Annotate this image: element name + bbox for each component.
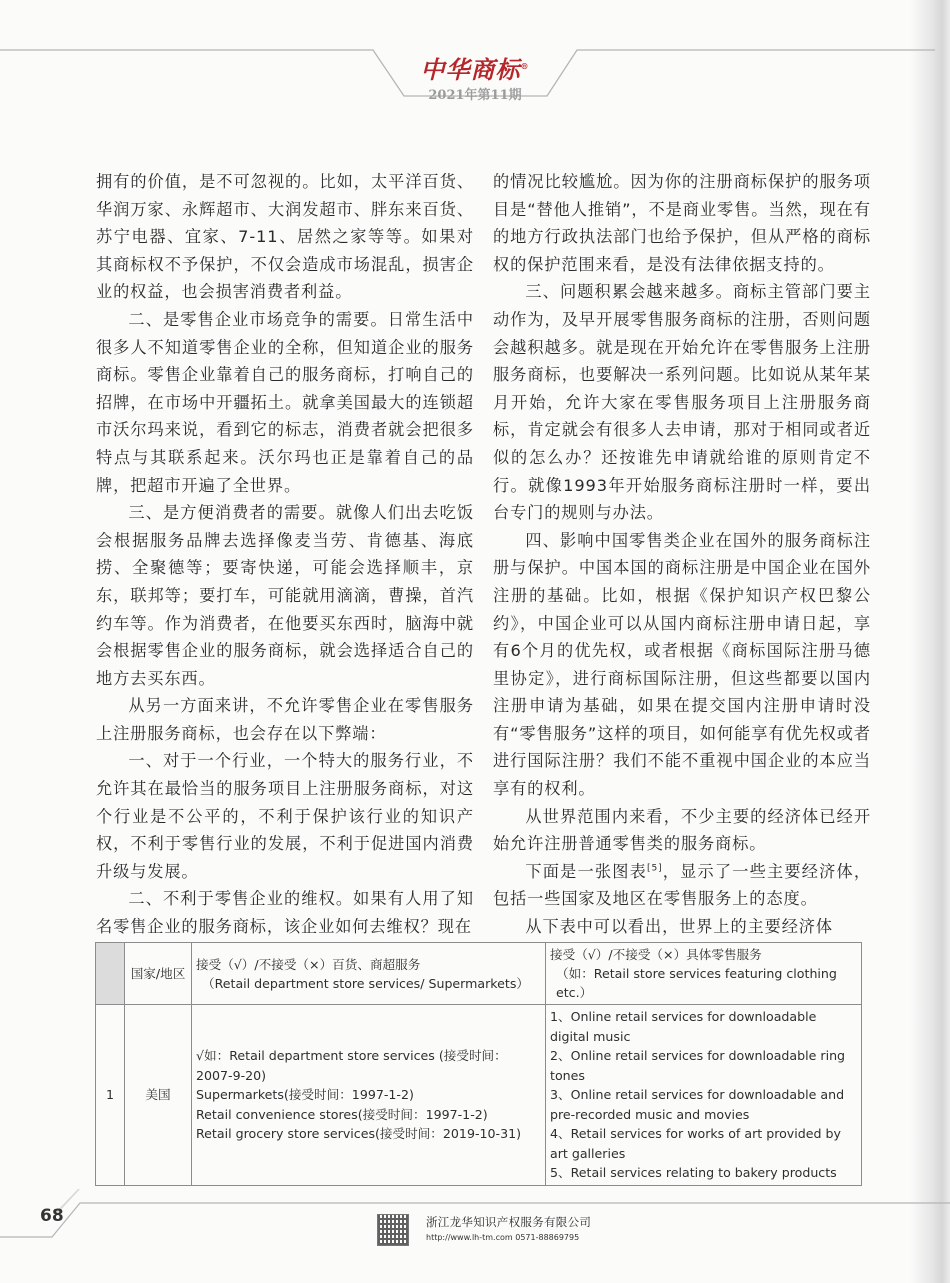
paragraph: 从世界范围内来看，不少主要的经济体已经开始允许注册普通零售类的服务商标。: [493, 803, 871, 858]
right-column: 的情况比较尴尬。因为你的注册商标保护的服务项目是“替他人推销”，不是商业零售。当…: [493, 168, 871, 941]
header-specific-retail: 接受（√）/不接受（×）具体零售服务 （如：Retail store servi…: [546, 943, 862, 1005]
header-title: 接受（√）/不接受（×）百货、商超服务: [196, 955, 541, 974]
page-edge-shadow: [910, 0, 950, 1283]
row-country: 美国: [125, 1005, 192, 1186]
company-name: 浙江龙华知识产权服务有限公司: [426, 1214, 591, 1230]
paragraph: 三、是方便消费者的需要。就像人们出去吃饭会根据服务品牌去选择像麦当劳、肯德基、海…: [96, 499, 474, 692]
cell-line: √如：Retail department store services (接受时…: [196, 1046, 541, 1066]
header-index: [96, 943, 125, 1005]
page-number: 68: [40, 1206, 64, 1226]
cell-line: 4、Retail services for works of art provi…: [550, 1124, 857, 1163]
issue-label: 2021年第11期: [400, 86, 550, 106]
cell-line: 5、Retail services relating to bakery pro…: [550, 1163, 857, 1183]
header-title: 接受（√）/不接受（×）具体零售服务: [550, 945, 857, 964]
table-header-row: 国家/地区 接受（√）/不接受（×）百货、商超服务 （Retail depart…: [96, 943, 862, 1005]
cell-line: Retail grocery store services(接受时间：2019-…: [196, 1124, 541, 1144]
row-index: 1: [96, 1005, 125, 1186]
cell-line: Retail convenience stores(接受时间：1997-1-2): [196, 1105, 541, 1125]
paragraph: 从另一方面来讲，不允许零售企业在零售服务上注册服务商标，也会存在以下弊端：: [96, 692, 474, 747]
table-row: 1 美国 √如：Retail department store services…: [96, 1005, 862, 1186]
cell-line: 1、Online retail services for downloadabl…: [550, 1007, 857, 1046]
header-country: 国家/地区: [125, 943, 192, 1005]
economies-retail-table: 国家/地区 接受（√）/不接受（×）百货、商超服务 （Retail depart…: [95, 942, 862, 1186]
cell-line: Supermarkets(接受时间：1997-1-2): [196, 1085, 541, 1105]
left-column: 拥有的价值，是不可忽视的。比如，太平洋百货、华润万家、永辉超市、大润发超市、胖东…: [96, 168, 474, 941]
masthead: 中华商标® 2021年第11期: [400, 52, 550, 106]
journal-title: 中华商标®: [400, 52, 550, 84]
registered-mark: ®: [521, 61, 530, 71]
cell-line: 2007-9-20): [196, 1066, 541, 1086]
paragraph: 二、是零售企业市场竞争的需要。日常生活中很多人不知道零售企业的全称，但知道企业的…: [96, 306, 474, 499]
header-department-store: 接受（√）/不接受（×）百货、商超服务 （Retail department s…: [192, 943, 546, 1005]
cell-line: 3、Online retail services for downloadabl…: [550, 1085, 857, 1124]
header-subtitle: （如：Retail store services featuring cloth…: [550, 964, 857, 1002]
text-span: 下面是一张图表: [525, 862, 647, 881]
paragraph: 拥有的价值，是不可忽视的。比如，太平洋百货、华润万家、永辉超市、大润发超市、胖东…: [96, 168, 474, 306]
qr-code-icon[interactable]: [377, 1214, 409, 1246]
paragraph: 一、对于一个行业，一个特大的服务行业，不允许其在最恰当的服务项目上注册服务商标，…: [96, 747, 474, 885]
paragraph: 从下表中可以看出，世界上的主要经济体: [493, 913, 871, 941]
paragraph: 四、影响中国零售类企业在国外的服务商标注册与保护。中国本国的商标注册是中国企业在…: [493, 527, 871, 803]
paragraph-with-reference: 下面是一张图表[5]，显示了一些主要经济体，包括一些国家及地区在零售服务上的态度…: [493, 858, 871, 913]
company-contact[interactable]: http://www.lh-tm.com 0571-88869795: [426, 1233, 579, 1242]
citation-reference[interactable]: [5]: [647, 863, 662, 873]
header-subtitle: （Retail department store services/ Super…: [196, 974, 541, 993]
row-department-store-cell: √如：Retail department store services (接受时…: [192, 1005, 546, 1186]
paragraph: 二、不利于零售企业的维权。如果有人用了知名零售企业的服务商标，该企业如何去维权？…: [96, 885, 474, 940]
row-specific-retail-cell: 1、Online retail services for downloadabl…: [546, 1005, 862, 1186]
paragraph: 的情况比较尴尬。因为你的注册商标保护的服务项目是“替他人推销”，不是商业零售。当…: [493, 168, 871, 278]
paragraph: 三、问题积累会越来越多。商标主管部门要主动作为，及早开展零售服务商标的注册，否则…: [493, 278, 871, 526]
cell-line: 2、Online retail services for downloadabl…: [550, 1046, 857, 1085]
